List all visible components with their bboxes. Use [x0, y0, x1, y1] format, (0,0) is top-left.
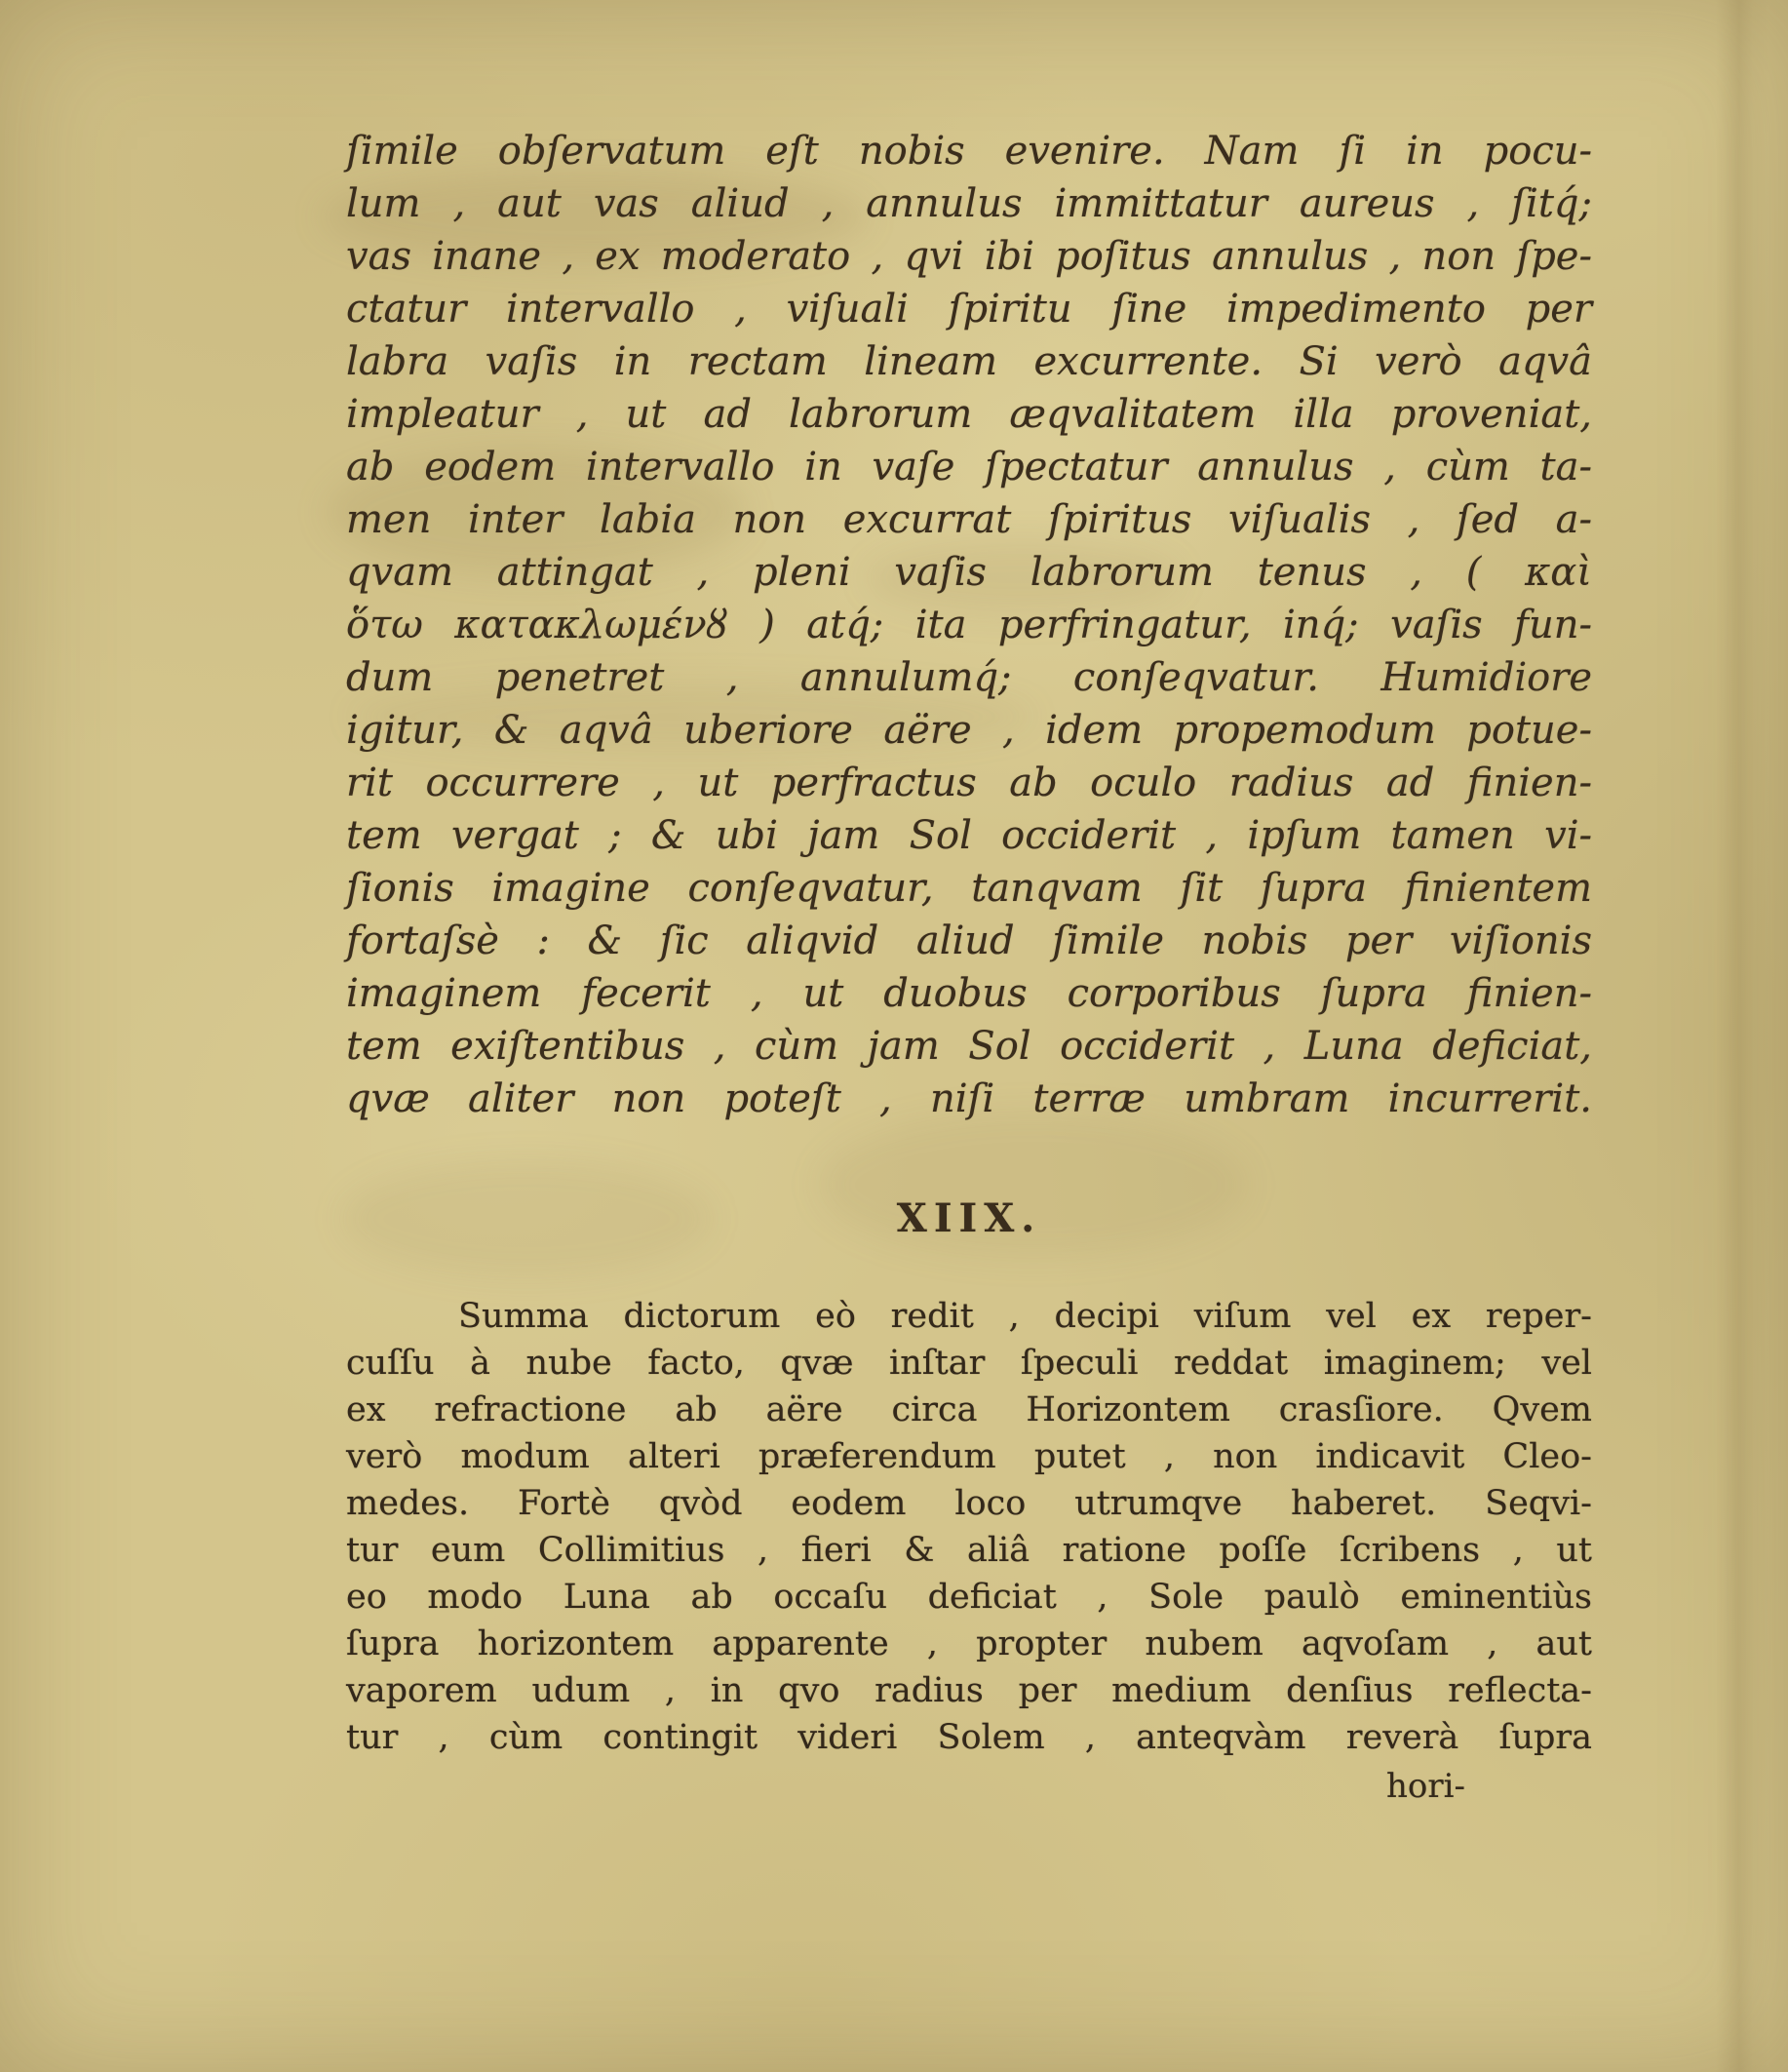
text-line: verò modum alteri præferendum putet , no…: [346, 1433, 1592, 1480]
text-line: ctatur intervallo , viſuali ſpiritu ſine…: [346, 283, 1592, 335]
text-line: rit occurrere , ut perfractus ab oculo r…: [346, 757, 1592, 809]
text-line: dum penetret , annulumq́; conſeqvatur. H…: [346, 651, 1592, 704]
text-line: eo modo Luna ab occaſu deficiat , Sole p…: [346, 1574, 1592, 1621]
paragraph-latin-roman: Summa dictorum eò redit , decipi viſum v…: [346, 1293, 1592, 1761]
text-line: vas inane , ex moderato , qvi ibi poſitu…: [346, 230, 1592, 283]
text-line: igitur, & aqvâ uberiore aëre , idem prop…: [346, 704, 1592, 757]
text-line: imaginem fecerit , ut duobus corporibus …: [346, 967, 1592, 1020]
paragraph-latin-italic: ſimile obſervatum eſt nobis evenire. Nam…: [346, 125, 1592, 1125]
text-line: fortaſsè : & ſic aliqvid aliud ſimile no…: [346, 915, 1592, 967]
text-line: qvæ aliter non poteſt , niſi terræ umbra…: [346, 1073, 1592, 1125]
text-line: ab eodem intervallo in vaſe ſpectatur an…: [346, 441, 1592, 493]
text-line: medes. Fortè qvòd eodem loco utrumqve ha…: [346, 1480, 1592, 1527]
text-line: ex refractione ab aëre circa Horizontem …: [346, 1387, 1592, 1433]
text-line: ſupra horizontem apparente , propter nub…: [346, 1621, 1592, 1667]
text-block: ſimile obſervatum eſt nobis evenire. Nam…: [346, 125, 1592, 1806]
book-page: ſimile obſervatum eſt nobis evenire. Nam…: [0, 0, 1788, 2072]
text-line: Summa dictorum eò redit , decipi viſum v…: [346, 1293, 1592, 1340]
text-line: qvam attingat , pleni vaſis labrorum ten…: [346, 546, 1592, 599]
text-line: tem exiſtentibus , cùm jam Sol occiderit…: [346, 1020, 1592, 1073]
text-line: tem vergat ; & ubi jam Sol occiderit , i…: [346, 809, 1592, 862]
text-line: ſionis imagine conſeqvatur, tanqvam ſit …: [346, 862, 1592, 915]
text-line: labra vaſis in rectam lineam excurrente.…: [346, 335, 1592, 388]
text-line: vaporem udum , in qvo radius per medium …: [346, 1667, 1592, 1714]
text-line: cuſſu à nube facto, qvæ inſtar ſpeculi r…: [346, 1340, 1592, 1387]
text-line: ſimile obſervatum eſt nobis evenire. Nam…: [346, 125, 1592, 177]
section-heading: XIIX.: [346, 1195, 1592, 1242]
text-line: tur , cùm contingit videri Solem , anteq…: [346, 1714, 1592, 1761]
text-line: tur eum Collimitius , fieri & aliâ ratio…: [346, 1527, 1592, 1574]
text-line: men inter labia non excurrat ſpiritus vi…: [346, 493, 1592, 546]
text-line-greek: ὅτω κατακλωμένȣ ) atq́; ita perfringatur…: [346, 599, 1592, 651]
catchword: hori-: [346, 1767, 1592, 1806]
text-line: lum , aut vas aliud , annulus immittatur…: [346, 177, 1592, 230]
text-line: impleatur , ut ad labrorum æqvalitatem i…: [346, 388, 1592, 441]
